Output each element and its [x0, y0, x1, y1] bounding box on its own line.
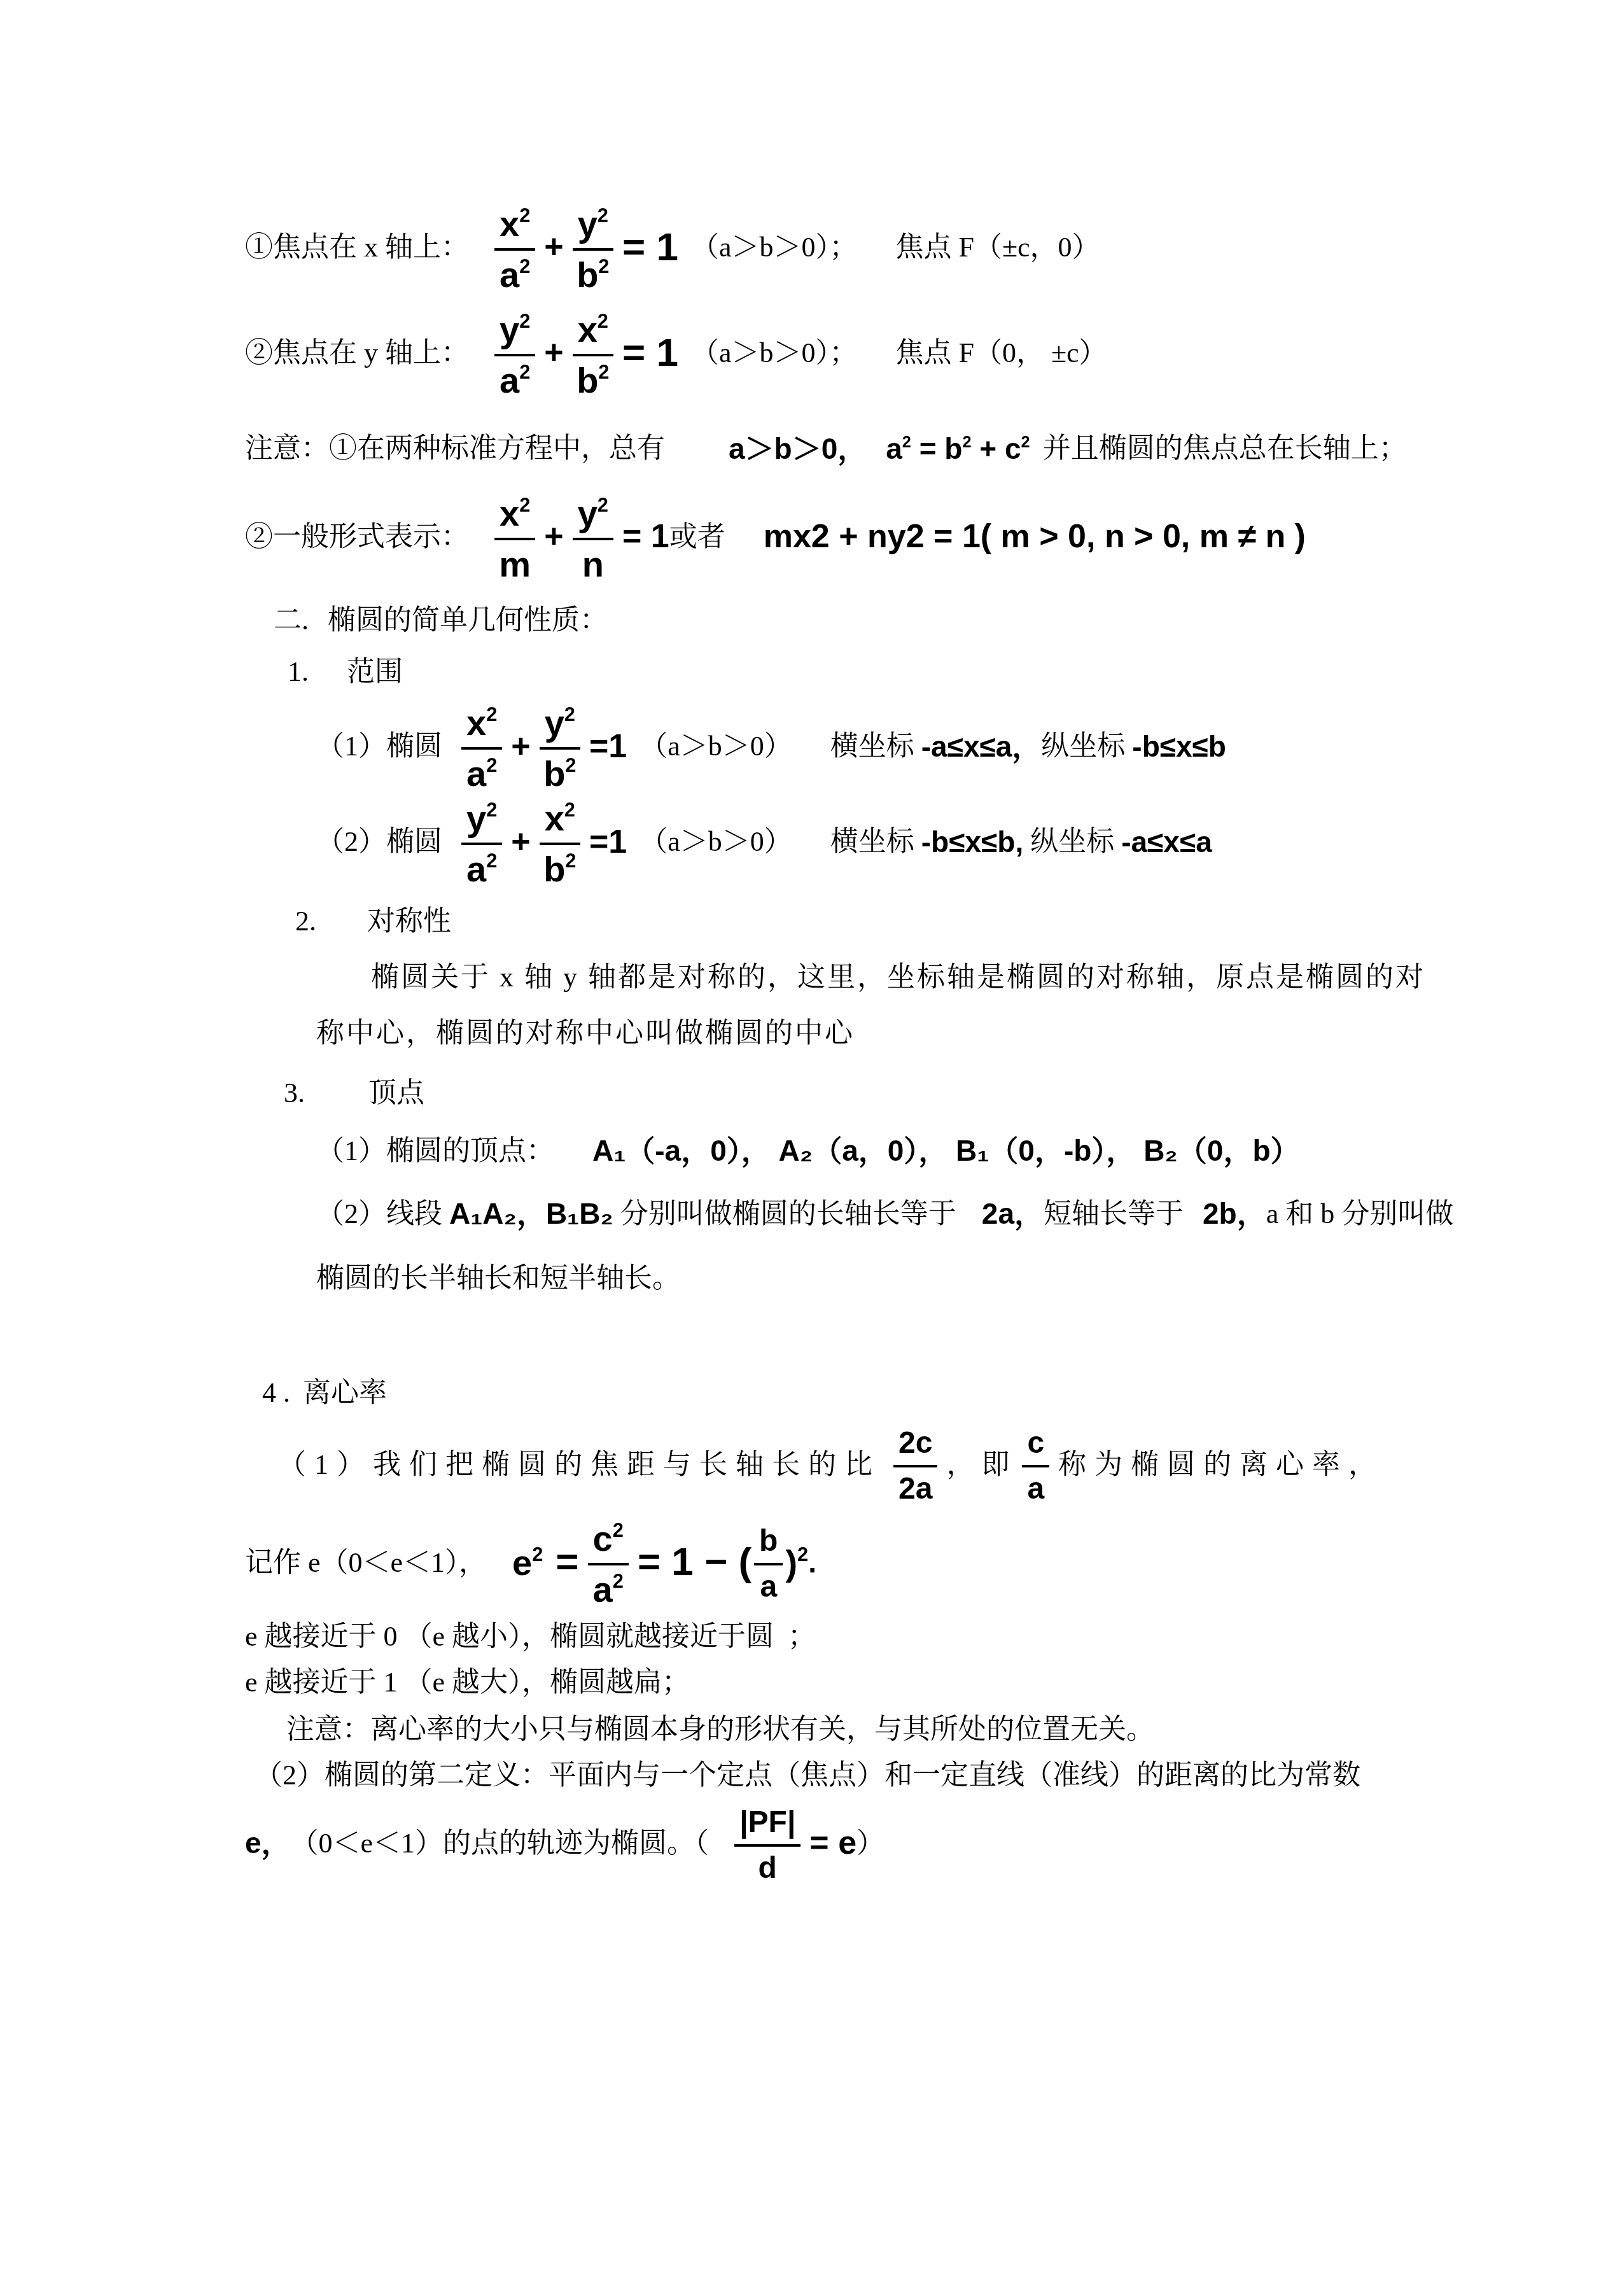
condition-text: （a＞b＞0）； — [691, 227, 858, 268]
note-post-text: 并且椭圆的焦点总在长轴上； — [1043, 428, 1407, 469]
subsection-number: 3. — [284, 1073, 305, 1114]
segment-names: A₁A₂，B₁B₂ — [449, 1193, 613, 1235]
exponent: 2 — [797, 1543, 808, 1565]
focus-text: 焦点 F（0， ±c） — [895, 333, 1107, 374]
subsection-title: 顶点 — [368, 1073, 424, 1114]
subsection-title: 范围 — [347, 652, 403, 692]
focus-text: 焦点 F（±c，0） — [895, 227, 1100, 268]
fraction-denominator: a2 — [466, 750, 497, 792]
general-formula-mxny: mx2 + ny2 = 1( m > 0, n > 0, m ≠ n ) — [764, 513, 1306, 561]
range-label-x: 横坐标 — [830, 726, 921, 767]
fraction-x2-b2: x2 b2 — [540, 797, 580, 887]
line-general-form: ②一般形式表示： x2 m + y2 n = 1 或者 mx2 + ny2 = … — [245, 492, 1431, 582]
fraction-x2-b2: x2 b2 — [573, 308, 613, 398]
exponent: 2 — [902, 433, 911, 451]
line-axes-definition: （2）线段 A₁A₂，B₁B₂ 分别叫做椭圆的长轴长等于 2a， 短轴长等于 2… — [316, 1193, 1431, 1235]
section-heading-properties: 二. 椭圆的简单几何性质： — [274, 600, 1431, 641]
note-pre-text: 注意：①在两种标准方程中，总有 — [245, 428, 665, 469]
line-second-definition: （2）椭圆的第二定义：平面内与一个定点（焦点）和一定直线（准线）的距离的比为常数 — [255, 1755, 1431, 1796]
major-axis-length: 2a， — [982, 1193, 1044, 1235]
subsection-heading-eccentricity: 4 . 离心率 — [262, 1373, 1431, 1413]
numerator-exponent: 2 — [598, 204, 608, 227]
denominator-base: m — [499, 544, 531, 584]
denominator-exponent: 2 — [519, 255, 530, 277]
definition-pre-text: （1）我们把椭圆的焦距与长轴长的比 — [278, 1445, 881, 1485]
paragraph-symmetry-1: 椭圆关于 x 轴 y 轴都是对称的，这里，坐标轴是椭圆的对称轴，原点是椭圆的对 — [371, 957, 1431, 998]
fraction-c-a: c a — [1022, 1424, 1049, 1504]
equals-one: =1 — [589, 818, 627, 866]
fraction-numerator: y2 — [573, 202, 613, 251]
close-paren: ) — [785, 1543, 797, 1583]
fraction-denominator: m — [499, 540, 531, 582]
numerator-base: 2c — [898, 1426, 932, 1460]
fraction-numerator: x2 — [461, 701, 502, 750]
fraction-denominator: 2a — [898, 1467, 932, 1504]
denominator-base: n — [582, 544, 604, 584]
range-label-x: 横坐标 — [830, 822, 921, 862]
denominator-exponent: 2 — [565, 755, 576, 777]
equals-operator: = — [556, 1534, 578, 1591]
fraction-denominator: a — [1027, 1467, 1044, 1504]
numerator-base: y — [466, 798, 486, 838]
fraction-y2-b2: y2 b2 — [540, 701, 580, 792]
fraction-numerator: 2c — [893, 1424, 937, 1467]
fraction-numerator: |PF| — [734, 1803, 801, 1847]
numerator-exponent: 2 — [564, 704, 575, 726]
line-note-standard-equations: 注意：①在两种标准方程中，总有 a＞b＞0， a2 = b2 + c2 并且椭圆… — [245, 428, 1431, 470]
subsection-title: 对称性 — [367, 901, 451, 942]
locus-text: （0＜e＜1）的点的轨迹为椭圆。（ — [291, 1823, 710, 1864]
range-y: -b≤x≤b — [1132, 725, 1226, 768]
fraction-denominator: d — [759, 1847, 777, 1884]
fraction-numerator: y2 — [540, 701, 580, 750]
fraction-c2-a2: c2 a2 — [588, 1517, 629, 1607]
fraction-y2-n: y2 n — [573, 492, 613, 582]
fraction-pf-d: |PF| d — [734, 1803, 801, 1884]
base-e: e — [512, 1543, 532, 1583]
numerator-base: b — [759, 1524, 778, 1558]
numerator-base: y — [545, 703, 564, 743]
denominator-exponent: 2 — [519, 361, 530, 383]
fraction-denominator: b2 — [543, 845, 576, 887]
fraction-numerator: x2 — [540, 797, 580, 845]
exponent: 2 — [1021, 433, 1030, 451]
denominator-base: a — [1027, 1472, 1044, 1506]
exponent: 2 — [532, 1543, 543, 1565]
equals-e: = e — [809, 1819, 856, 1867]
denominator-base: a — [500, 255, 519, 295]
definition-post-text: 称为椭圆的离心率， — [1058, 1445, 1385, 1485]
fraction-numerator: c2 — [588, 1517, 629, 1565]
numerator-base: y — [578, 204, 598, 244]
fraction-y2-b2: y2 b2 — [573, 202, 613, 293]
paragraph-text: 称中心，椭圆的对称中心叫做椭圆的中心 — [316, 1013, 855, 1054]
paragraph-text: 椭圆的长半轴长和短半轴长。 — [316, 1258, 680, 1299]
condition-text: （a＞b＞0） — [640, 726, 792, 767]
line-e-near-one: e 越接近于 1 （e 越大），椭圆越扁； — [245, 1662, 1431, 1703]
fraction-denominator: a2 — [466, 845, 497, 887]
numerator-exponent: 2 — [519, 310, 530, 332]
denominator-base: a — [466, 753, 486, 794]
line-eccentricity-definition: （1）我们把椭圆的焦距与长轴长的比 2c 2a ， 即 c a 称为椭圆的离心率… — [278, 1424, 1431, 1504]
paragraph-text: e 越接近于 1 （e 越大），椭圆越扁； — [245, 1662, 690, 1703]
equals-one: =1 — [589, 723, 627, 771]
subsection-number: 2. — [295, 901, 316, 942]
fraction-denominator: a2 — [500, 356, 530, 398]
range-label-y: 纵坐标 — [1023, 822, 1121, 862]
definition-mid-text: ， 即 — [946, 1445, 1009, 1485]
denominator-base: 2a — [898, 1472, 932, 1506]
subsection-number: 1. — [288, 652, 309, 692]
range-x: -b≤x≤b, — [921, 821, 1023, 864]
condition-text: （a＞b＞0） — [640, 822, 792, 862]
fraction-denominator: a2 — [593, 1565, 624, 1607]
numerator-base: x — [500, 204, 519, 244]
line-focus-y-axis: ②焦点在 y 轴上： y2 a2 + x2 b2 = 1 （a＞b＞0）； 焦点… — [245, 308, 1431, 398]
line-eccentricity-formula: 记作 e（0＜e＜1）， e2 = c2 a2 = 1 − ( b a )2 . — [245, 1517, 1431, 1607]
section-title: 椭圆的简单几何性质： — [328, 600, 608, 641]
numerator-exponent: 2 — [486, 799, 497, 822]
numerator-base: x — [545, 798, 564, 838]
range-x: -a≤x≤a， — [921, 725, 1042, 768]
numerator-exponent: 2 — [598, 494, 608, 516]
line-range-1: （1）椭圆 x2 a2 + y2 b2 =1 （a＞b＞0） 横坐标 -a≤x≤… — [316, 701, 1431, 792]
plus-operator: + — [544, 223, 563, 271]
denominator-base: b — [577, 360, 598, 400]
line-semi-axes: 椭圆的长半轴长和短半轴长。 — [316, 1258, 1431, 1299]
equals-one: = 1 — [622, 219, 678, 276]
document-page: ①焦点在 x 轴上： x2 a2 + y2 b2 = 1 （a＞b＞0）； 焦点… — [0, 0, 1622, 2296]
plus-operator: + — [511, 723, 530, 771]
semi-axes-text: a 和 b 分别叫做 — [1266, 1194, 1454, 1235]
fraction-numerator: x2 — [494, 202, 535, 251]
or-text: 或者 — [669, 517, 725, 557]
fraction-numerator: x2 — [573, 308, 613, 356]
note-text: 注意：离心率的大小只与椭圆本身的形状有关，与其所处的位置无关。 — [286, 1709, 1154, 1750]
denominator-exponent: 2 — [486, 755, 497, 777]
fraction-numerator: b — [754, 1522, 783, 1565]
line-label: （1）椭圆的顶点： — [316, 1131, 554, 1172]
denominator-base: b — [543, 849, 565, 889]
inequality-abc: a＞b＞0， — [729, 428, 867, 470]
fraction-numerator: y2 — [494, 308, 535, 356]
numerator-base: x — [500, 493, 519, 533]
line-e-near-zero: e 越接近于 0 （e 越小），椭圆就越接近于圆 ； — [245, 1616, 1431, 1657]
numerator-base: |PF| — [739, 1805, 795, 1839]
fraction-2c-2a: 2c 2a — [893, 1424, 937, 1504]
numerator-base: x — [466, 703, 486, 743]
e-squared: e2 — [512, 1537, 543, 1588]
fraction-denominator: a — [760, 1565, 777, 1602]
numerator-exponent: 2 — [486, 704, 497, 726]
segment-label: （2）线段 — [316, 1194, 449, 1235]
fraction-denominator: b2 — [543, 750, 576, 792]
equation-a2-b2-c2: a2 = b2 + c2 — [886, 428, 1030, 470]
fraction-denominator: b2 — [577, 356, 609, 398]
subsection-heading-symmetry: 2. 对称性 — [295, 901, 1431, 942]
close-paren: ） — [856, 1823, 884, 1864]
line-label: ②焦点在 y 轴上： — [245, 333, 469, 374]
fraction-numerator: y2 — [573, 492, 613, 540]
line-vertices-list: （1）椭圆的顶点： A₁（-a，0）， A₂（a，0）， B₁（0，-b）， B… — [316, 1130, 1431, 1172]
fraction-denominator: b2 — [577, 251, 609, 293]
numerator-base: c — [593, 1518, 613, 1558]
denominator-exponent: 2 — [613, 1571, 624, 1593]
e-symbol: e， — [245, 1822, 291, 1865]
numerator-exponent: 2 — [564, 799, 575, 822]
numerator-exponent: 2 — [598, 310, 608, 332]
term-b: = b — [911, 432, 963, 465]
major-axis-text: 分别叫做椭圆的长轴长等于 — [613, 1194, 956, 1235]
minor-axis-text: 短轴长等于 — [1044, 1194, 1184, 1235]
fraction-y2-a2: y2 a2 — [461, 797, 502, 887]
paragraph-text: e 越接近于 0 （e 越小），椭圆就越接近于圆 ； — [245, 1616, 816, 1657]
numerator-exponent: 2 — [519, 204, 530, 227]
term-c: + c — [972, 432, 1021, 465]
numerator-exponent: 2 — [519, 494, 530, 516]
line-label: ②一般形式表示： — [245, 517, 469, 557]
denominator-exponent: 2 — [486, 850, 497, 872]
section-number: 二. — [274, 600, 309, 641]
plus-operator: + — [511, 818, 530, 866]
fraction-x2-a2: x2 a2 — [494, 202, 535, 293]
line-eccentricity-note: 注意：离心率的大小只与椭圆本身的形状有关，与其所处的位置无关。 — [286, 1709, 1431, 1750]
denominator-base: a — [500, 360, 519, 400]
denominator-exponent: 2 — [565, 850, 576, 872]
paragraph-symmetry-2: 称中心，椭圆的对称中心叫做椭圆的中心 — [316, 1013, 1431, 1054]
equals-one: = 1 — [622, 513, 669, 561]
denominator-base: b — [577, 255, 598, 295]
numerator-exponent: 2 — [613, 1520, 624, 1542]
formula-pre-text: 记作 e（0＜e＜1）， — [245, 1543, 487, 1583]
period: . — [808, 1541, 816, 1584]
line-label: （1）椭圆 — [316, 726, 442, 767]
fraction-y2-a2: y2 a2 — [494, 308, 535, 398]
plus-operator: + — [544, 513, 563, 561]
subsection-number: 4 . — [262, 1373, 290, 1413]
fraction-numerator: c — [1022, 1424, 1049, 1467]
numerator-base: y — [578, 493, 598, 533]
range-label-y: 纵坐标 — [1041, 726, 1132, 767]
equals-one: = 1 — [622, 325, 678, 382]
paragraph-text: 椭圆关于 x 轴 y 轴都是对称的，这里，坐标轴是椭圆的对称轴，原点是椭圆的对 — [371, 957, 1425, 998]
line-focus-x-axis: ①焦点在 x 轴上： x2 a2 + y2 b2 = 1 （a＞b＞0）； 焦点… — [245, 202, 1431, 293]
fraction-numerator: x2 — [494, 492, 535, 540]
numerator-base: x — [578, 309, 598, 349]
exponent: 2 — [962, 433, 971, 451]
subsection-heading-range: 1. 范围 — [288, 652, 1431, 692]
fraction-x2-a2: x2 a2 — [461, 701, 502, 792]
line-range-2: （2）椭圆 y2 a2 + x2 b2 =1 （a＞b＞0） 横坐标 -b≤x≤… — [316, 797, 1431, 887]
vertices-coordinates: A₁（-a，0）， A₂（a，0）， B₁（0，-b）， B₂（0，b） — [592, 1130, 1299, 1172]
denominator-base: a — [466, 849, 486, 889]
plus-operator: + — [544, 329, 563, 377]
term-a: a — [886, 432, 902, 465]
close-paren-squared: )2 — [785, 1537, 808, 1588]
fraction-x2-m: x2 m — [494, 492, 535, 582]
line-label: ①焦点在 x 轴上： — [245, 227, 469, 268]
equals-one-minus: = 1 − ( — [638, 1534, 752, 1591]
range-y: -a≤x≤a — [1121, 821, 1212, 864]
fraction-b-a: b a — [754, 1522, 783, 1602]
denominator-base: a — [760, 1570, 777, 1604]
subsection-heading-vertices: 3. 顶点 — [284, 1073, 1431, 1114]
line-label: （2）椭圆 — [316, 822, 442, 862]
subsection-title: 离心率 — [303, 1373, 387, 1413]
denominator-exponent: 2 — [598, 361, 609, 383]
numerator-base: c — [1027, 1426, 1044, 1460]
paragraph-text: （2）椭圆的第二定义：平面内与一个定点（焦点）和一定直线（准线）的距离的比为常数 — [255, 1755, 1360, 1796]
numerator-base: y — [500, 309, 519, 349]
condition-text: （a＞b＞0）； — [691, 333, 858, 374]
line-locus-formula: e， （0＜e＜1）的点的轨迹为椭圆。（ |PF| d = e ） — [245, 1803, 1431, 1884]
minor-axis-length: 2b， — [1203, 1193, 1266, 1235]
fraction-denominator: n — [582, 540, 604, 582]
denominator-base: d — [759, 1851, 777, 1885]
denominator-exponent: 2 — [598, 255, 609, 277]
fraction-numerator: y2 — [461, 797, 502, 845]
fraction-denominator: a2 — [500, 251, 530, 293]
denominator-base: b — [543, 753, 565, 794]
denominator-base: a — [593, 1569, 613, 1609]
